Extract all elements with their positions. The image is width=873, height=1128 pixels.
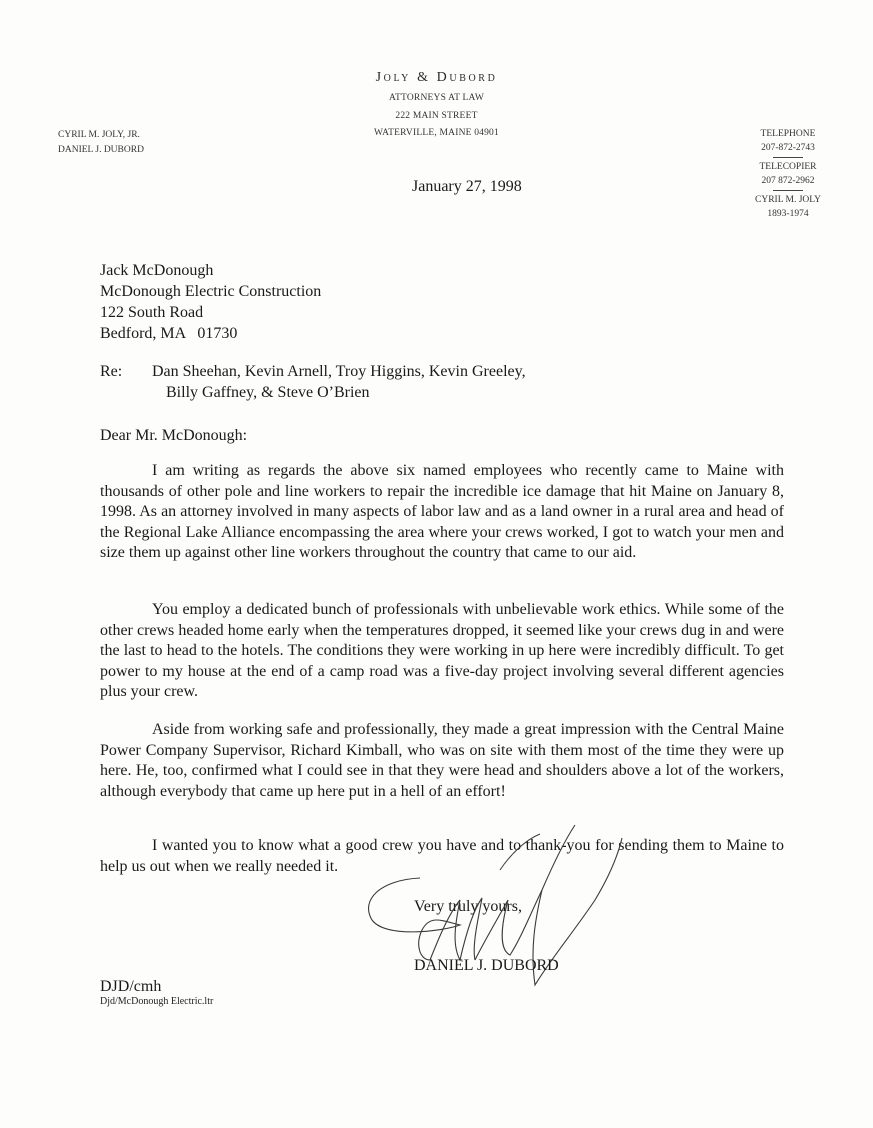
partner-name: CYRIL M. JOLY, JR. [58, 128, 144, 143]
firm-street: 222 MAIN STREET [0, 111, 873, 121]
partners-list: CYRIL M. JOLY, JR. DANIEL J. DUBORD [58, 128, 144, 158]
recipient-address: Jack McDonough McDonough Electric Constr… [100, 260, 321, 344]
document-filename: Djd/McDonough Electric.ltr [100, 996, 213, 1007]
salutation: Dear Mr. McDonough: [100, 425, 247, 446]
telephone-label: TELEPHONE [728, 128, 848, 142]
recipient-city: Bedford, MA 01730 [100, 323, 321, 344]
reference-initials: DJD/cmh [100, 976, 161, 997]
divider [773, 157, 803, 158]
recipient-name: Jack McDonough [100, 260, 321, 281]
telecopier-number: 207 872-2962 [728, 175, 848, 189]
divider [773, 190, 803, 191]
body-paragraph: Aside from working safe and professional… [100, 720, 784, 802]
letter-date: January 27, 1998 [412, 178, 522, 196]
body-paragraph: I am writing as regards the above six na… [100, 461, 784, 564]
founder-years: 1893-1974 [728, 208, 848, 222]
re-label: Re: [100, 361, 122, 382]
recipient-street: 122 South Road [100, 302, 321, 323]
closing: Very truly yours, [414, 896, 522, 917]
re-subject-line: Billy Gaffney, & Steve O’Brien [166, 382, 370, 403]
firm-name: Joly & Dubord [0, 70, 873, 86]
signer-name: DANIEL J. DUBORD [414, 955, 559, 976]
recipient-company: McDonough Electric Construction [100, 281, 321, 302]
founder-name: CYRIL M. JOLY [728, 194, 848, 208]
firm-subtitle: ATTORNEYS AT LAW [0, 93, 873, 103]
contact-block: TELEPHONE 207-872-2743 TELECOPIER 207 87… [728, 128, 848, 221]
re-subject-line: Dan Sheehan, Kevin Arnell, Troy Higgins,… [152, 361, 526, 382]
body-paragraph: You employ a dedicated bunch of professi… [100, 600, 784, 703]
partner-name: DANIEL J. DUBORD [58, 143, 144, 158]
telephone-number: 207-872-2743 [728, 142, 848, 156]
letter-page: Joly & Dubord ATTORNEYS AT LAW 222 MAIN … [0, 0, 873, 1128]
telecopier-label: TELECOPIER [728, 161, 848, 175]
body-paragraph: I wanted you to know what a good crew yo… [100, 836, 784, 877]
